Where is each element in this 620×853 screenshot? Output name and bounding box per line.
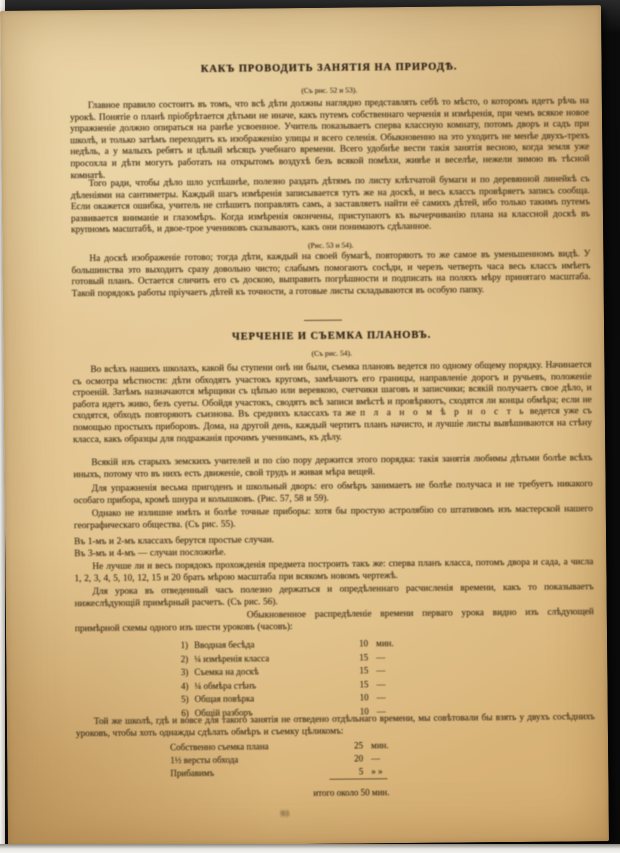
item-unit: — — [376, 678, 410, 688]
book-page: КАКЪ ПРОВОДИТЬ ЗАНЯТІЯ НА ПРИРОДѢ. (Съ р… — [0, 5, 609, 847]
section2-figure-ref: (Съ рис. 54). — [72, 346, 591, 360]
paragraph: Во всѣхъ нашихъ школахъ, какой бы ступен… — [72, 360, 592, 446]
total-line: итого около 50 мин. — [217, 787, 389, 799]
paragraph: Однако не излишне имѣть и болѣе точные п… — [74, 504, 593, 532]
section1-figure-ref: (Съ рис. 52 и 53). — [70, 83, 589, 97]
item-number: 2) — [172, 654, 188, 664]
paragraph: Для упражненія весьма пригоденъ и школьн… — [74, 479, 593, 507]
item-minutes: 15 — [342, 679, 368, 689]
paragraph: Того ради, чтобы дѣло шло успѣшнѣе, поле… — [71, 174, 591, 237]
item-unit: мин. — [376, 638, 410, 648]
schedule-intro: Обыкновенное распредѣленіе времени перва… — [75, 607, 594, 635]
paragraph: На доскѣ изображеніе готово; тогда дѣти,… — [71, 249, 590, 300]
item-unit: — — [377, 692, 411, 702]
paragraph: Всякій изъ старыхъ земскихъ учителей и п… — [73, 453, 592, 481]
section1-title: КАКЪ ПРОВОДИТЬ ЗАНЯТІЯ НА ПРИРОДѢ. — [70, 60, 589, 76]
item-number: 5) — [173, 694, 189, 704]
footnote-line: Въ 1-мъ и 2-мъ классахъ берутся простые … — [74, 535, 304, 549]
item-unit: — — [376, 665, 410, 675]
item-minutes: 10 — [343, 692, 369, 702]
item-minutes: 15 — [342, 652, 368, 662]
item-number: 3) — [172, 667, 188, 677]
summary-minutes: 5 — [337, 766, 363, 776]
item-unit: — — [376, 651, 410, 661]
item-minutes: 10 — [342, 638, 368, 648]
section-divider — [304, 320, 342, 321]
paragraph: Той же школѣ, гдѣ и вовсе для такого зан… — [76, 712, 595, 740]
paragraph: Главное правило состоитъ въ томъ, что вс… — [70, 96, 590, 182]
paragraph: Не лучше ли и весь порядокъ прохожденія … — [74, 557, 593, 585]
item-minutes: 15 — [342, 665, 368, 675]
summary-unit: мин. — [371, 740, 405, 750]
summary-minutes: 20 — [337, 753, 363, 763]
summary-minutes: 25 — [337, 740, 363, 750]
summary-unit: — — [371, 753, 405, 763]
summary-unit: » » — [371, 766, 405, 776]
emphasized-run: п л а н о м ѣ р н о с т ь — [360, 407, 526, 419]
total-rule — [329, 778, 387, 780]
section2-title: ЧЕРЧЕНІЕ И СЪЕМКА ПЛАНОВЪ. — [72, 328, 591, 344]
item-number: 1) — [172, 640, 188, 650]
paragraph: Для урока въ отведенный часъ полезно дер… — [75, 582, 594, 610]
scan-bottom-edge — [0, 844, 620, 853]
scanned-book-photo: КАКЪ ПРОВОДИТЬ ЗАНЯТІЯ НА ПРИРОДѢ. (Съ р… — [0, 0, 620, 853]
item-number: 4) — [172, 681, 188, 691]
footnote-line: Въ 3-мъ и 4-мъ — случаи посложнѣе. — [74, 547, 254, 560]
page-number: 93 — [268, 808, 302, 818]
